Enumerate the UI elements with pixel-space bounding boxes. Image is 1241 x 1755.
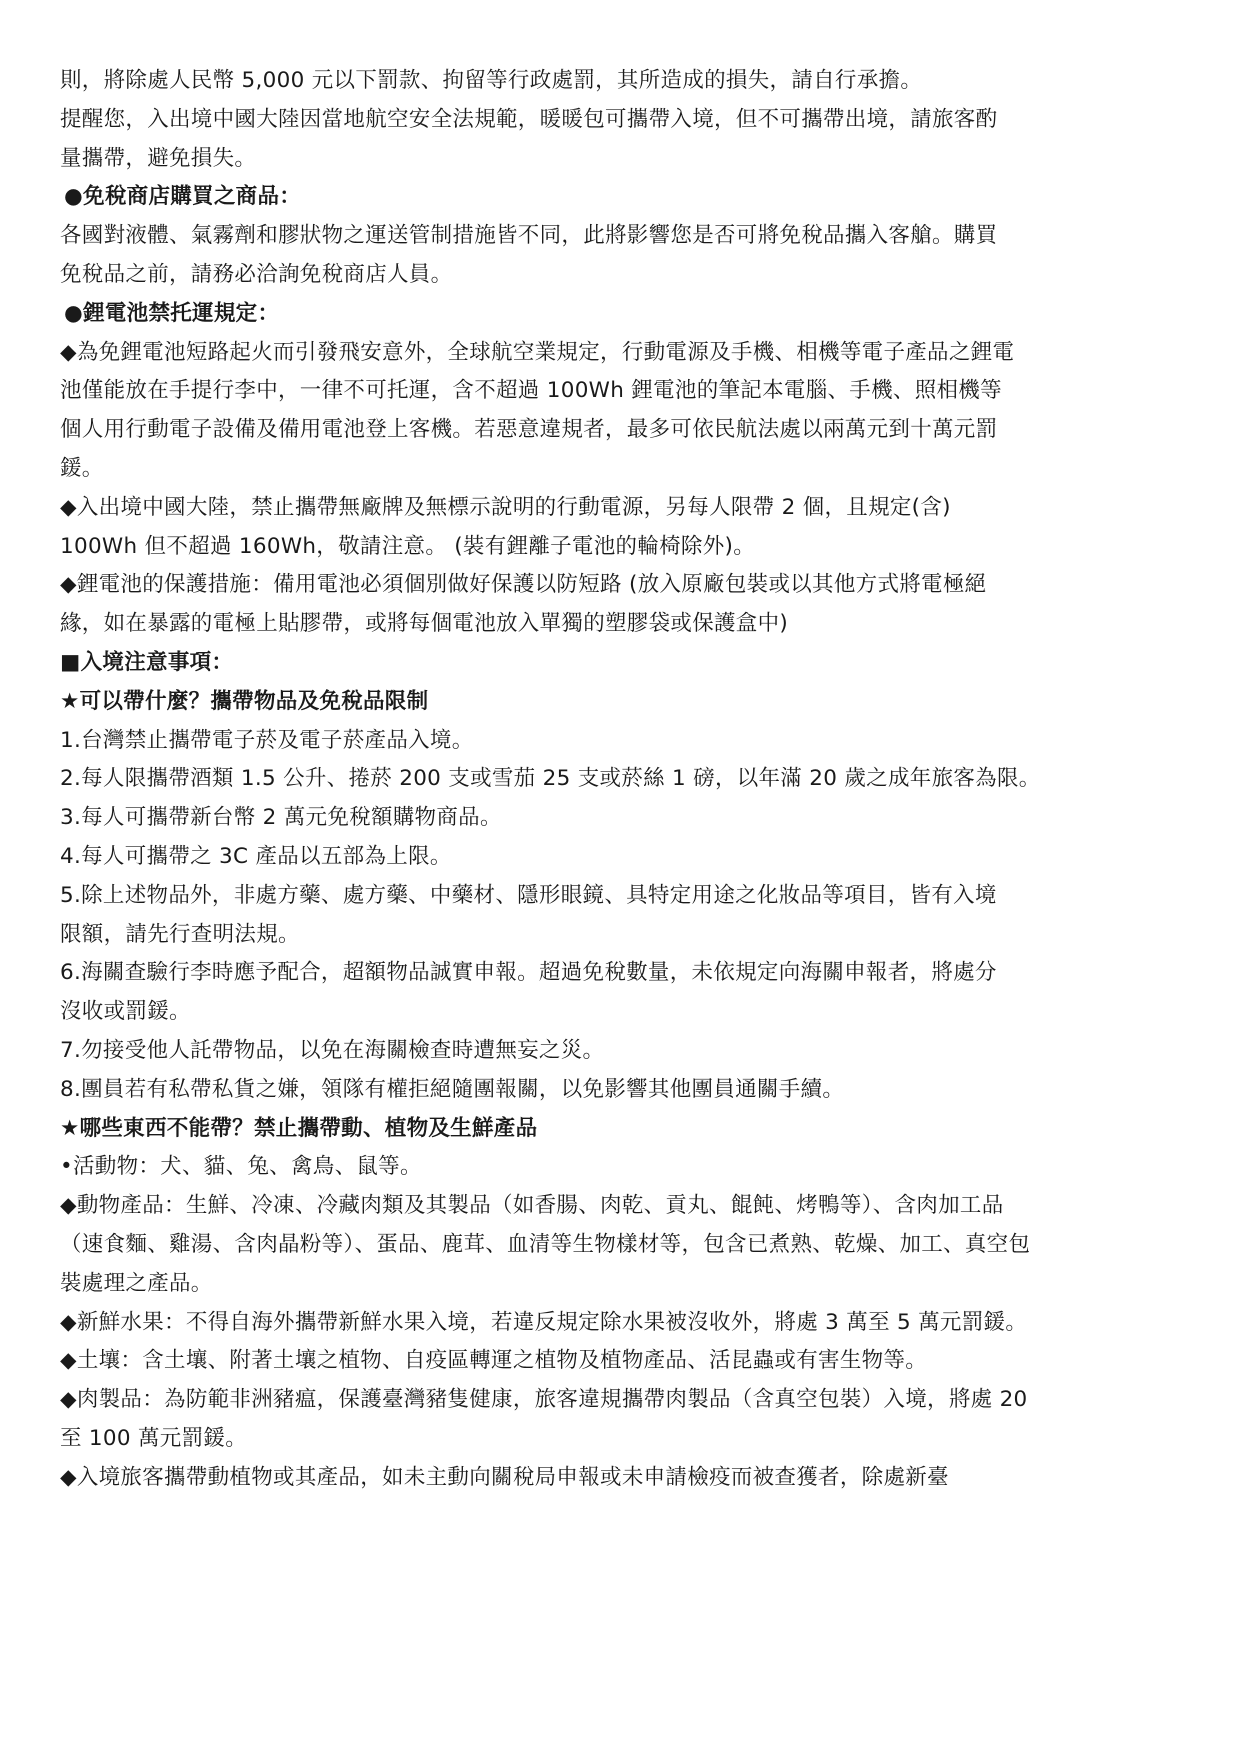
list-item-soil: ◆土壤：含土壤、附著土壤之植物、自疫區轉運之植物及植物產品、活昆蟲或有害生物等。 <box>60 1342 1180 1381</box>
list-item-animal-products: ◆動物產品：生鮮、冷凍、冷藏肉類及其製品（如香腸、肉乾、貢丸、餛飩、烤鴨等）、含… <box>60 1187 1180 1226</box>
subheading-prohibited-items: ★哪些東西不能帶？禁止攜帶動、植物及生鮮產品 <box>60 1110 1180 1149</box>
numbered-item-3: 3.每人可攜帶新台幣 2 萬元免稅額購物商品。 <box>60 799 1180 838</box>
list-item-animal-products: （速食麵、雞湯、含肉晶粉等）、蛋品、鹿茸、血清等生物樣材等，包含已煮熟、乾燥、加… <box>60 1226 1180 1265</box>
section-heading-duty-free: ●免稅商店購買之商品： <box>60 178 1180 217</box>
numbered-item-7: 7.勿接受他人託帶物品，以免在海關檢查時遭無妄之災。 <box>60 1032 1180 1071</box>
list-item-battery-rule: ◆為免鋰電池短路起火而引發飛安意外，全球航空業規定，行動電源及手機、相機等電子產… <box>60 334 1180 373</box>
paragraph-handwarmer-line: 提醒您，入出境中國大陸因當地航空安全法規範，暖暖包可攜帶入境，但不可攜帶出境，請… <box>60 101 1180 140</box>
numbered-item-1: 1.台灣禁止攜帶電子菸及電子菸產品入境。 <box>60 722 1180 761</box>
paragraph-duty-free-line: 免稅品之前，請務必洽詢免稅商店人員。 <box>60 256 1180 295</box>
list-item-fresh-fruit: ◆新鮮水果：不得自海外攜帶新鮮水果入境，若違反規定除水果被沒收外，將處 3 萬至… <box>60 1304 1180 1343</box>
list-item-battery-rule: 鍰。 <box>60 450 1180 489</box>
list-item-battery-rule: 個人用行動電子設備及備用電池登上客機。若惡意違規者，最多可依民航法處以兩萬元到十… <box>60 411 1180 450</box>
paragraph-handwarmer-line: 量攜帶，避免損失。 <box>60 140 1180 179</box>
list-item-undeclared-plants-animals: ◆入境旅客攜帶動植物或其產品，如未主動向關稅局申報或未申請檢疫而被查獲者，除處新… <box>60 1459 1180 1498</box>
list-item-battery-protection: 緣，如在暴露的電極上貼膠帶，或將每個電池放入單獨的塑膠袋或保護盒中) <box>60 605 1180 644</box>
numbered-item-5: 5.除上述物品外，非處方藥、處方藥、中藥材、隱形眼鏡、具特定用途之化妝品等項目，… <box>60 877 1180 916</box>
numbered-item-6: 6.海關查驗行李時應予配合，超額物品誠實申報。超過免稅數量，未依規定向海關申報者… <box>60 954 1180 993</box>
paragraph-duty-free-line: 各國對液體、氣霧劑和膠狀物之運送管制措施皆不同，此將影響您是否可將免稅品攜入客艙… <box>60 217 1180 256</box>
list-item-animal-products: 裝處理之產品。 <box>60 1265 1180 1304</box>
list-item-battery-protection: ◆鋰電池的保護措施：備用電池必須個別做好保護以防短路 (放入原廠包裝或以其他方式… <box>60 566 1180 605</box>
list-item-meat-products: 至 100 萬元罰鍰。 <box>60 1420 1180 1459</box>
numbered-item-4: 4.每人可攜帶之 3C 產品以五部為上限。 <box>60 838 1180 877</box>
document-page: 則，將除處人民幣 5,000 元以下罰款、拘留等行政處罰，其所造成的損失，請自行… <box>60 62 1180 1497</box>
subheading-allowed-items: ★可以帶什麼？攜帶物品及免稅品限制 <box>60 683 1180 722</box>
list-item-power-bank-rule: 100Wh 但不超過 160Wh，敬請注意。 (裝有鋰離子電池的輪椅除外)。 <box>60 528 1180 567</box>
numbered-item-5-cont: 限額，請先行查明法規。 <box>60 916 1180 955</box>
list-item-battery-rule: 池僅能放在手提行李中，一律不可托運，含不超過 100Wh 鋰電池的筆記本電腦、手… <box>60 372 1180 411</box>
section-heading-entry-notes: ■入境注意事項： <box>60 644 1180 683</box>
list-item-meat-products: ◆肉製品：為防範非洲豬瘟，保護臺灣豬隻健康，旅客違規攜帶肉製品（含真空包裝）入境… <box>60 1381 1180 1420</box>
numbered-item-8: 8.團員若有私帶私貨之嫌，領隊有權拒絕隨團報關，以免影響其他團員通關手續。 <box>60 1071 1180 1110</box>
paragraph-penalty-line: 則，將除處人民幣 5,000 元以下罰款、拘留等行政處罰，其所造成的損失，請自行… <box>60 62 1180 101</box>
list-item-power-bank-rule: ◆入出境中國大陸，禁止攜帶無廠牌及無標示說明的行動電源，另每人限帶 2 個，且規… <box>60 489 1180 528</box>
list-item-live-animals: •活動物：犬、貓、兔、禽鳥、鼠等。 <box>60 1148 1180 1187</box>
numbered-item-6-cont: 沒收或罰鍰。 <box>60 993 1180 1032</box>
section-heading-lithium-battery: ●鋰電池禁托運規定： <box>60 295 1180 334</box>
numbered-item-2: 2.每人限攜帶酒類 1.5 公升、捲菸 200 支或雪茄 25 支或菸絲 1 磅… <box>60 760 1180 799</box>
